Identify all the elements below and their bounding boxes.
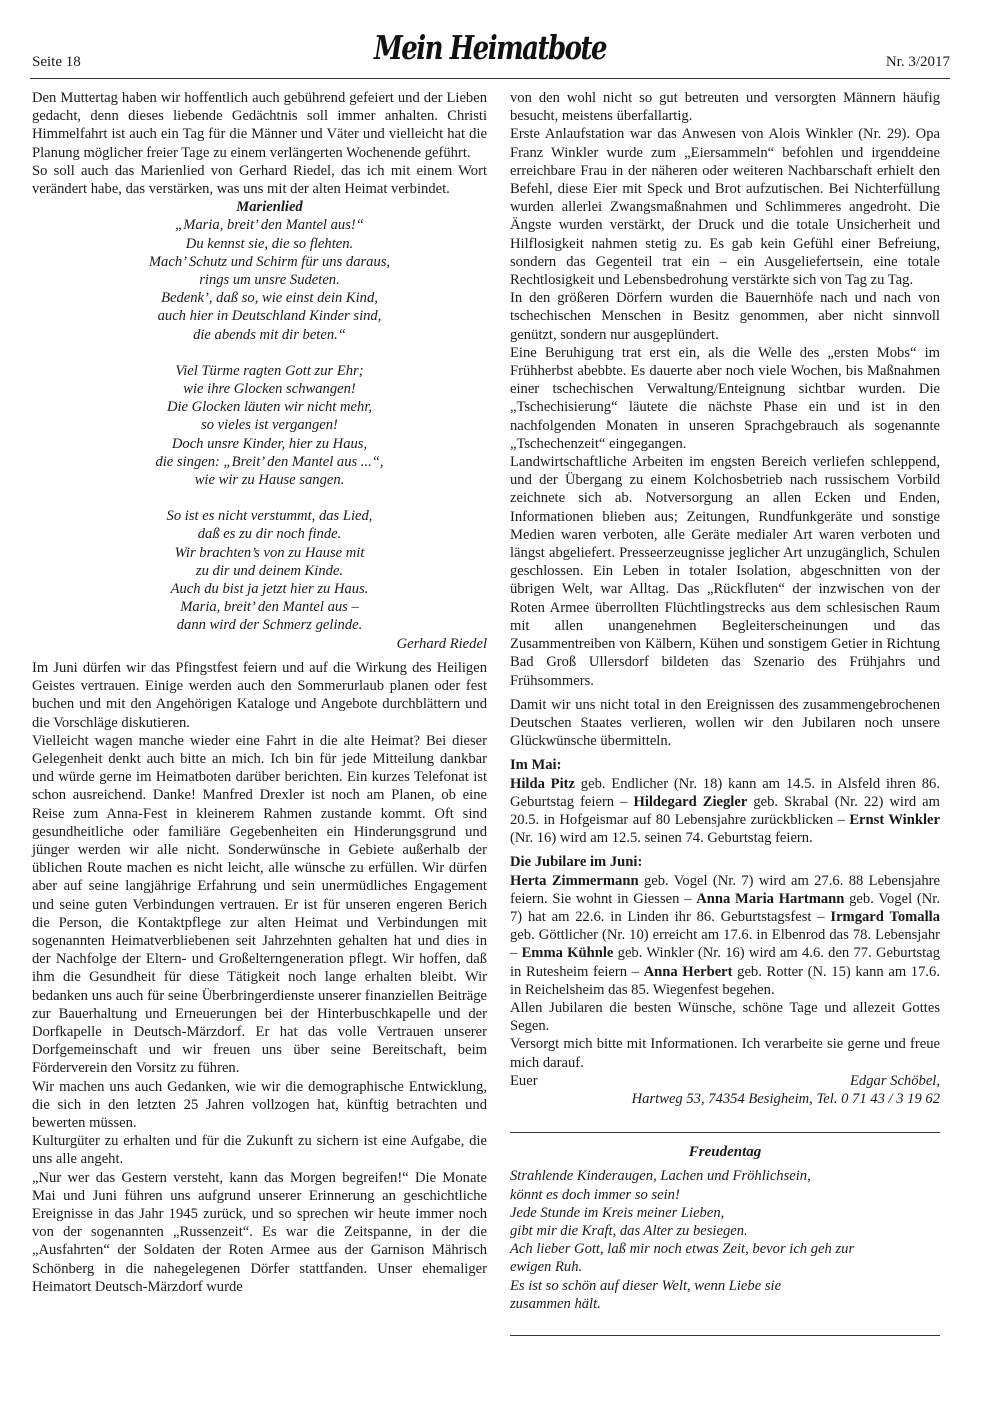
- poem-line: Die Glocken läuten wir nicht mehr,: [52, 398, 487, 416]
- poem-line: Ach lieber Gott, laß mir noch etwas Zeit…: [510, 1240, 940, 1258]
- poem-line: Maria, breit’ den Mantel aus –: [52, 598, 487, 616]
- poem-line: dann wird der Schmerz gelinde.: [52, 616, 487, 634]
- poem-line: Bedenk’, daß so, wie einst dein Kind,: [52, 289, 487, 307]
- body-paragraph: „Nur wer das Gestern versteht, kann das …: [32, 1169, 487, 1296]
- body-paragraph: Kulturgüter zu erhalten und für die Zuku…: [32, 1132, 487, 1168]
- poem-line: Wir brachten’s von zu Hause mit: [52, 544, 487, 562]
- poem-line: Auch du bist ja jetzt hier zu Haus.: [52, 580, 487, 598]
- body-paragraph: Eine Beruhigung trat erst ein, als die W…: [510, 344, 940, 453]
- freudentag-title: Freudentag: [510, 1143, 940, 1161]
- poem-stanza: Viel Türme ragten Gott zur Ehr; wie ihre…: [52, 362, 487, 489]
- signature-row: Euer Edgar Schöbel,: [510, 1072, 940, 1090]
- june-jubilees: Herta Zimmermann geb. Vogel (Nr. 7) wird…: [510, 872, 940, 999]
- intro-paragraph: Den Muttertag haben wir hoffentlich auch…: [32, 89, 487, 162]
- poem-line: ewigen Ruh.: [510, 1258, 940, 1276]
- jubilee-name: Hildegard Ziegler: [633, 794, 747, 810]
- body-paragraph: Im Juni dürfen wir das Pfingstfest feier…: [32, 659, 487, 732]
- poem-stanza: So ist es nicht verstummt, das Lied, daß…: [52, 507, 487, 634]
- poem-line: Du kennst sie, die so flehten.: [52, 235, 487, 253]
- poem-line: so vieles ist vergangen!: [52, 416, 487, 434]
- poem-line: auch hier in Deutschland Kinder sind,: [52, 307, 487, 325]
- header-divider: [30, 78, 950, 79]
- author-address: Hartweg 53, 74354 Besigheim, Tel. 0 71 4…: [510, 1090, 940, 1108]
- section-divider: [510, 1335, 940, 1336]
- body-paragraph: Landwirtschaftliche Arbeiten im engsten …: [510, 453, 940, 690]
- body-paragraph: In den größeren Dörfern wurden die Bauer…: [510, 289, 940, 344]
- poem-line: Strahlende Kinderaugen, Lachen und Fröhl…: [510, 1167, 940, 1185]
- freudentag-poem: Strahlende Kinderaugen, Lachen und Fröhl…: [510, 1167, 940, 1313]
- body-paragraph: Vielleicht wagen manche wieder eine Fahr…: [32, 732, 487, 1078]
- poem-line: gibt mir die Kraft, das Alter zu besiege…: [510, 1222, 940, 1240]
- poem-line: Doch unsre Kinder, hier zu Haus,: [52, 435, 487, 453]
- poem-line: Jede Stunde im Kreis meiner Lieben,: [510, 1204, 940, 1222]
- body-paragraph: Wir machen uns auch Gedanken, wie wir di…: [32, 1078, 487, 1133]
- left-column: Den Muttertag haben wir hoffentlich auch…: [32, 89, 487, 1296]
- jubilee-name: Anna Herbert: [644, 964, 733, 980]
- poem-author: Gerhard Riedel: [52, 635, 487, 653]
- author-name: Edgar Schöbel,: [850, 1072, 940, 1090]
- poem-line: wie wir zu Hause sangen.: [52, 471, 487, 489]
- jubilee-name: Ernst Winkler: [849, 812, 940, 828]
- closing-paragraph: Versorgt mich bitte mit Informationen. I…: [510, 1035, 940, 1071]
- poem-line: rings um unsre Sudeten.: [52, 271, 487, 289]
- closing-paragraph: Allen Jubilaren die besten Wünsche, schö…: [510, 999, 940, 1035]
- poem-line: zu dir und deinem Kinde.: [52, 562, 487, 580]
- may-jubilees: Hilda Pitz geb. Endlicher (Nr. 18) kann …: [510, 775, 940, 848]
- poem-line: Es ist so schön auf dieser Welt, wenn Li…: [510, 1277, 940, 1295]
- page-header: Seite 18 Mein Heimatbote Nr. 3/2017: [30, 30, 950, 78]
- poem-stanza: „Maria, breit’ den Mantel aus!“ Du kenns…: [52, 216, 487, 343]
- issue-number: Nr. 3/2017: [886, 54, 950, 71]
- body-paragraph: von den wohl nicht so gut betreuten und …: [510, 89, 940, 125]
- jubilee-name: Emma Kühnle: [522, 945, 614, 961]
- poem-line: zusammen hält.: [510, 1295, 940, 1313]
- poem-line: Mach’ Schutz und Schirm für uns daraus,: [52, 253, 487, 271]
- may-heading: Im Mai:: [510, 756, 940, 774]
- jubilee-name: Anna Maria Hartmann: [696, 891, 844, 907]
- jubilee-name: Hilda Pitz: [510, 776, 575, 792]
- june-heading: Die Jubilare im Juni:: [510, 853, 940, 871]
- poem-line: Viel Türme ragten Gott zur Ehr;: [52, 362, 487, 380]
- poem-line: könnt es doch immer so sein!: [510, 1186, 940, 1204]
- poem-line: So ist es nicht verstummt, das Lied,: [52, 507, 487, 525]
- right-column: von den wohl nicht so gut betreuten und …: [510, 89, 940, 1336]
- poem-line: die singen: „Breit’ den Mantel aus ...“,: [52, 453, 487, 471]
- poem-line: „Maria, breit’ den Mantel aus!“: [52, 216, 487, 234]
- body-paragraph: Damit wir uns nicht total in den Ereigni…: [510, 696, 940, 751]
- poem-line: daß es zu dir noch finde.: [52, 525, 487, 543]
- marienlied-poem: Marienlied „Maria, breit’ den Mantel aus…: [52, 198, 487, 653]
- intro-paragraph: So soll auch das Marienlied von Gerhard …: [32, 162, 487, 198]
- poem-line: die abends mit dir beten.“: [52, 326, 487, 344]
- masthead-logo: Mein Heimatbote: [30, 30, 950, 68]
- poem-title: Marienlied: [52, 198, 487, 216]
- salutation: Euer: [510, 1072, 538, 1090]
- jubilee-text: (Nr. 16) wird am 12.5. seinen 74. Geburt…: [510, 830, 813, 846]
- poem-line: wie ihre Glocken schwangen!: [52, 380, 487, 398]
- body-paragraph: Erste Anlaufstation war das Anwesen von …: [510, 125, 940, 289]
- jubilee-name: Herta Zimmermann: [510, 873, 639, 889]
- jubilee-name: Irmgard Tomalla: [830, 909, 940, 925]
